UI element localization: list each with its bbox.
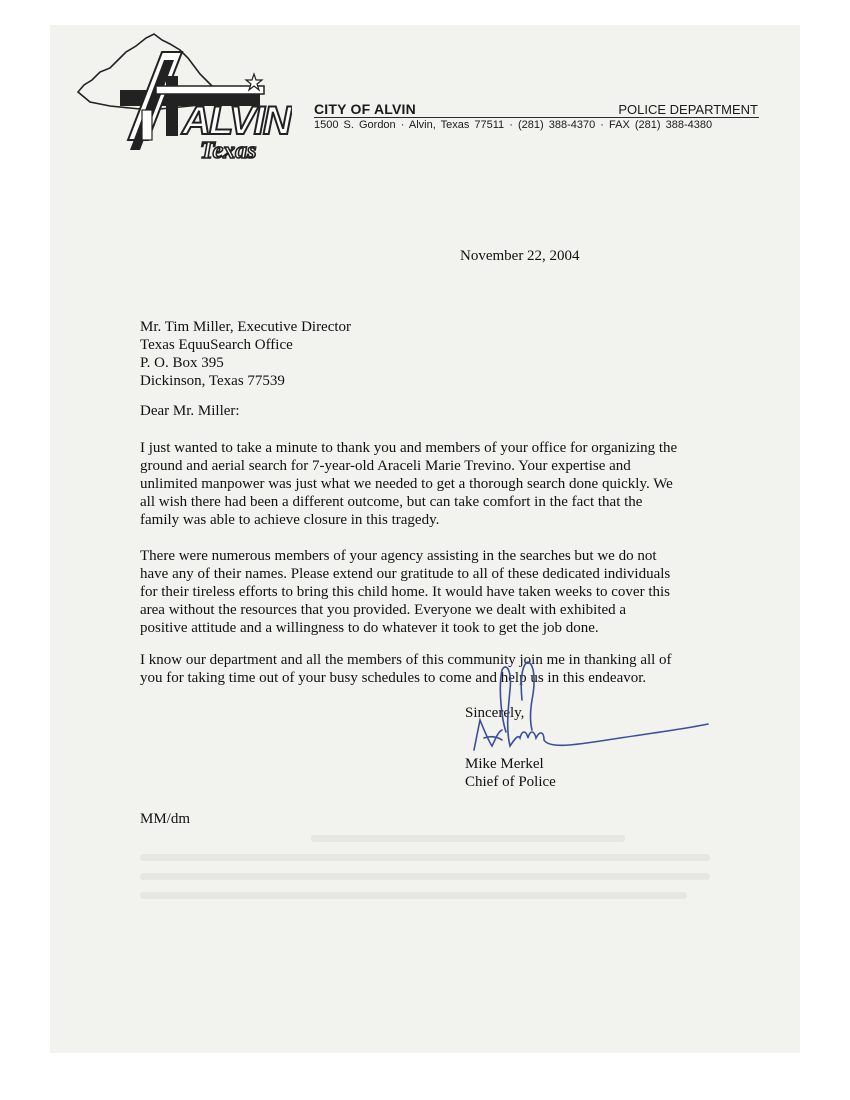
- bleed-through-text: [140, 835, 710, 915]
- letterhead-contact: 1500 S. Gordon · Alvin, Texas 77511 · (2…: [314, 119, 761, 131]
- body-paragraph-3: I know our department and all the member…: [140, 651, 700, 687]
- letterhead-department: POLICE DEPARTMENT: [618, 102, 758, 117]
- signer-title: Chief of Police: [465, 773, 556, 791]
- letter-date: November 22, 2004: [460, 247, 580, 265]
- recipient-line: P. O. Box 395: [140, 354, 351, 372]
- letterhead-phone: (281) 388-4370: [518, 119, 595, 131]
- body-paragraph-1: I just wanted to take a minute to thank …: [140, 439, 700, 529]
- body-paragraph-2: There were numerous members of your agen…: [140, 547, 700, 637]
- letterhead-fax: FAX (281) 388-4380: [609, 119, 712, 131]
- recipient-line: Mr. Tim Miller, Executive Director: [140, 318, 351, 336]
- signature-block: Mike Merkel Chief of Police: [465, 755, 556, 791]
- letterhead-street: 1500 S. Gordon: [314, 119, 396, 131]
- city-of-alvin-logo-icon: ALVIN Texas: [70, 30, 292, 165]
- recipient-line: Dickinson, Texas 77539: [140, 372, 351, 390]
- recipient-line: Texas EquuSearch Office: [140, 336, 351, 354]
- salutation: Dear Mr. Miller:: [140, 402, 240, 420]
- closing: Sincerely,: [465, 704, 524, 722]
- logo-text: ALVIN: [181, 99, 292, 143]
- letterhead-divider: [314, 117, 759, 118]
- letterhead-city-state-zip: Alvin, Texas 77511: [409, 119, 504, 131]
- signer-name: Mike Merkel: [465, 755, 556, 773]
- letterhead-city: CITY OF ALVIN: [314, 101, 416, 117]
- recipient-address: Mr. Tim Miller, Executive Director Texas…: [140, 318, 351, 390]
- typist-initials: MM/dm: [140, 810, 190, 828]
- logo-subtext: Texas: [200, 138, 256, 164]
